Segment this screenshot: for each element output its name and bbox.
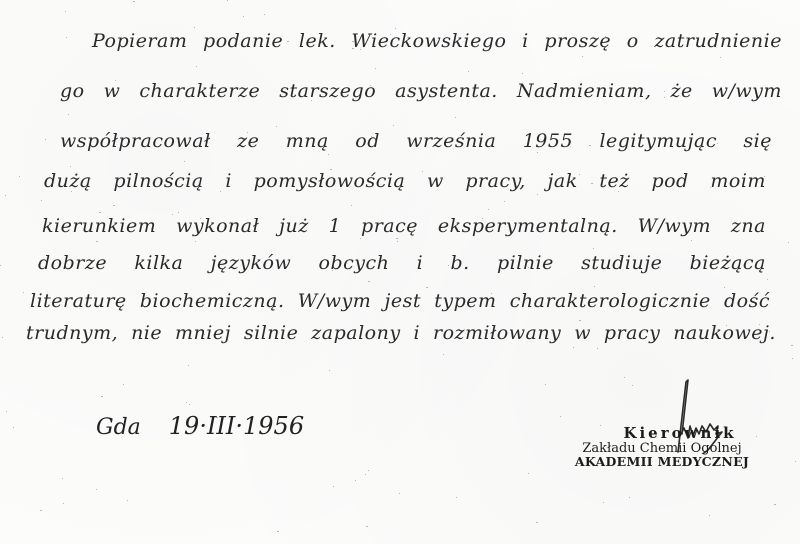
handwritten-word: mną	[286, 130, 329, 152]
handwritten-word: jak	[548, 170, 578, 192]
paper-speck	[456, 497, 457, 498]
paper-speck	[455, 117, 456, 118]
paper-speck	[151, 228, 152, 229]
paper-speck	[397, 241, 398, 242]
paper-speck	[65, 11, 66, 12]
handwritten-word: b.	[451, 252, 470, 274]
date-line: Gda19·III·1956	[96, 412, 304, 440]
handwritten-word: w/wym	[712, 80, 782, 102]
paper-speck	[392, 305, 393, 306]
paper-speck	[196, 66, 197, 67]
paper-speck	[311, 100, 312, 101]
paper-speck	[66, 37, 67, 38]
paper-speck	[87, 260, 88, 261]
handwritten-word: i	[414, 322, 421, 344]
paper-speck	[560, 416, 561, 417]
paper-speck	[186, 402, 187, 403]
paper-speck	[189, 404, 190, 405]
paper-speck	[691, 240, 692, 241]
paper-speck	[328, 154, 329, 155]
paper-speck	[355, 480, 356, 481]
handwritten-line: kierunkiemwykonałjuż1pracęeksperymentaln…	[42, 215, 766, 237]
handwritten-word: eksperymentalną.	[438, 215, 618, 237]
handwritten-word: asystenta.	[395, 80, 498, 102]
scanned-document-page: Popierampodanielek.Wieckowskiegoiproszęo…	[0, 0, 800, 544]
handwritten-word: ze	[237, 130, 259, 152]
handwritten-word: obcych	[319, 252, 390, 274]
paper-speck	[709, 515, 710, 516]
handwritten-word: w	[104, 80, 121, 102]
paper-speck	[618, 191, 619, 192]
paper-speck	[591, 183, 593, 184]
paper-speck	[247, 334, 248, 335]
stamp-title: Kierownik	[608, 426, 752, 442]
handwritten-word: zapalony	[311, 322, 400, 344]
paper-speck	[332, 270, 333, 271]
paper-speck	[5, 195, 6, 196]
handwritten-word: pracę	[361, 215, 418, 237]
paper-speck	[352, 48, 354, 49]
handwritten-word: rozmiłowany	[433, 322, 561, 344]
handwritten-line: współpracowałzemnąodwrześnia1955legitymu…	[60, 130, 772, 152]
paper-speck	[528, 473, 529, 474]
paper-speck	[488, 209, 489, 210]
paper-speck	[101, 396, 103, 397]
paper-speck	[0, 265, 1, 266]
paper-speck	[579, 320, 581, 321]
handwritten-word: typem	[434, 290, 496, 312]
handwritten-word: trudnym,	[26, 322, 118, 344]
paper-speck	[594, 286, 595, 287]
paper-speck	[397, 228, 398, 229]
handwritten-word: języków	[211, 252, 292, 274]
paper-speck	[287, 41, 289, 42]
handwritten-word: bieżącą	[690, 252, 766, 274]
handwritten-word: Nadmieniam,	[517, 80, 652, 102]
paper-speck	[375, 68, 376, 69]
handwritten-word: dużą	[44, 170, 92, 192]
paper-speck	[579, 174, 580, 175]
paper-speck	[277, 531, 279, 532]
paper-speck	[525, 41, 526, 42]
paper-speck	[216, 417, 218, 418]
paper-speck	[96, 241, 98, 242]
paper-speck	[664, 97, 665, 98]
paper-speck	[624, 377, 625, 378]
paper-speck	[371, 136, 372, 137]
handwritten-line: dobrzekilkajęzykówobcychib.pilniestudiuj…	[38, 252, 766, 274]
paper-speck	[115, 80, 116, 81]
paper-speck	[268, 302, 269, 303]
paper-speck	[499, 46, 500, 47]
handwritten-word: W/wym	[638, 215, 711, 237]
paper-speck	[536, 522, 538, 523]
paper-speck	[41, 200, 42, 201]
paper-speck	[70, 166, 71, 167]
handwritten-word: silnie	[244, 322, 298, 344]
handwritten-word: Wieckowskiego	[351, 30, 506, 52]
paper-speck	[759, 324, 760, 325]
handwritten-word: biochemiczną.	[140, 290, 285, 312]
paper-speck	[528, 267, 529, 268]
handwritten-word: też	[599, 170, 629, 192]
paper-speck	[589, 145, 591, 146]
paper-speck	[545, 384, 546, 385]
paper-speck	[629, 497, 630, 498]
paper-speck	[360, 238, 361, 239]
handwritten-word: zatrudnienie	[654, 30, 782, 52]
handwritten-word: moim	[710, 170, 766, 192]
handwritten-word: pilnością	[113, 170, 203, 192]
paper-speck	[23, 292, 24, 293]
handwritten-word: pracy,	[465, 170, 525, 192]
handwritten-word: się	[743, 130, 772, 152]
handwritten-word: mniej	[175, 322, 231, 344]
handwritten-word: naukowej.	[673, 322, 776, 344]
paper-speck	[352, 41, 354, 42]
paper-speck	[399, 493, 400, 494]
paper-speck	[360, 49, 361, 50]
paper-speck	[603, 502, 604, 503]
paper-speck	[724, 287, 725, 288]
paper-speck	[6, 411, 7, 412]
paper-speck	[664, 91, 665, 92]
handwritten-word: kilka	[134, 252, 183, 274]
paper-speck	[717, 143, 718, 144]
paper-speck	[366, 526, 368, 527]
handwritten-word: pracy	[604, 322, 660, 344]
date-value: 19·III·1956	[169, 412, 304, 440]
paper-speck	[68, 88, 69, 89]
paper-speck	[62, 478, 63, 479]
paper-speck	[220, 191, 221, 192]
paper-speck	[393, 125, 394, 126]
paper-speck	[426, 287, 428, 288]
handwritten-word: legitymując	[599, 130, 717, 152]
paper-speck	[632, 385, 633, 386]
handwritten-word: kierunkiem	[42, 215, 156, 237]
paper-speck	[537, 152, 538, 153]
handwritten-word: dobrze	[38, 252, 107, 274]
paper-speck	[368, 470, 369, 471]
paper-speck	[90, 178, 91, 179]
handwritten-word: pilnie	[497, 252, 554, 274]
paper-speck	[2, 337, 3, 338]
paper-speck	[276, 126, 277, 127]
paper-speck	[194, 27, 195, 28]
paper-speck	[769, 331, 770, 332]
paper-speck	[247, 132, 248, 133]
handwritten-word: studiuje	[581, 252, 662, 274]
paper-speck	[522, 73, 523, 74]
handwritten-word: o	[627, 30, 639, 52]
paper-speck	[204, 334, 205, 335]
handwritten-word: Popieram	[92, 30, 187, 52]
paper-speck	[40, 510, 42, 511]
paper-speck	[333, 486, 334, 487]
paper-speck	[19, 176, 20, 177]
handwritten-word: w	[574, 322, 591, 344]
paper-speck	[184, 161, 185, 162]
paper-speck	[71, 191, 72, 192]
handwritten-word: W/wym	[298, 290, 371, 312]
paper-speck	[127, 500, 128, 501]
paper-speck	[422, 171, 423, 172]
handwritten-word: nie	[131, 322, 162, 344]
handwritten-word: września	[406, 130, 496, 152]
paper-speck	[664, 458, 665, 459]
handwritten-word: podanie	[203, 30, 283, 52]
paper-speck	[227, 0, 228, 1]
paper-speck	[573, 347, 574, 348]
paper-speck	[605, 36, 606, 37]
paper-speck	[443, 354, 444, 355]
paper-speck	[491, 293, 492, 294]
paper-speck	[123, 384, 124, 385]
handwritten-word: że	[670, 80, 692, 102]
paper-speck	[113, 205, 115, 206]
handwritten-word: od	[355, 130, 380, 152]
paper-speck	[707, 256, 708, 257]
paper-speck	[370, 85, 371, 86]
handwritten-line: dużąpilnościąipomysłowościąwpracy,jakteż…	[44, 170, 766, 192]
paper-speck	[767, 279, 768, 280]
paper-speck	[330, 169, 332, 170]
paper-speck	[63, 503, 64, 504]
paper-speck	[243, 16, 244, 17]
paper-speck	[726, 325, 727, 326]
paper-speck	[600, 425, 601, 426]
handwritten-word: starszego	[279, 80, 376, 102]
handwritten-line: gowcharakterzestarszegoasystenta.Nadmien…	[60, 80, 782, 102]
paper-speck	[396, 238, 398, 239]
paper-speck	[329, 370, 330, 371]
official-stamp: Kierownik Zakładu Chemii Ogólnej AKADEMI…	[572, 426, 752, 469]
paper-speck	[710, 187, 711, 188]
paper-speck	[720, 57, 721, 58]
handwritten-word: literaturę	[30, 290, 127, 312]
handwritten-line: literaturębiochemiczną.W/wymjesttypemcha…	[30, 290, 770, 312]
handwritten-line: trudnym,niemniejsilniezapalonyirozmiłowa…	[26, 322, 776, 344]
paper-speck	[504, 201, 505, 202]
paper-speck	[791, 345, 793, 346]
paper-speck	[468, 71, 469, 72]
paper-speck	[365, 474, 366, 475]
date-place: Gda	[96, 415, 141, 440]
handwritten-word: 1955	[523, 130, 573, 152]
paper-speck	[188, 365, 189, 366]
handwritten-word: jest	[384, 290, 421, 312]
paper-speck	[448, 265, 449, 266]
handwritten-word: lek.	[299, 30, 336, 52]
handwritten-word: wykonał	[176, 215, 259, 237]
handwritten-word: zna	[731, 215, 766, 237]
paper-speck	[395, 28, 396, 29]
paper-speck	[351, 205, 352, 206]
handwritten-word: charakterologicznie	[510, 290, 711, 312]
paper-speck	[200, 218, 201, 219]
paper-speck	[774, 504, 776, 505]
handwritten-word: współpracował	[60, 130, 211, 152]
paper-speck	[172, 214, 173, 215]
stamp-department: Zakładu Chemii Ogólnej	[572, 442, 752, 456]
paper-speck	[537, 194, 538, 195]
paper-speck	[437, 179, 438, 180]
handwritten-word: proszę	[544, 30, 611, 52]
paper-speck	[764, 176, 765, 177]
handwritten-word: pomysłowością	[254, 170, 406, 192]
handwritten-word: już	[279, 215, 309, 237]
paper-speck	[390, 34, 391, 35]
stamp-institution: AKADEMII MEDYCZNEJ	[572, 455, 752, 468]
paper-speck	[792, 358, 793, 359]
paper-speck	[45, 139, 46, 140]
paper-speck	[96, 489, 97, 490]
paper-speck	[68, 114, 69, 115]
paper-speck	[482, 218, 483, 219]
paper-speck	[195, 241, 196, 242]
handwritten-word: dość	[724, 290, 770, 312]
paper-speck	[597, 348, 598, 349]
paper-speck	[264, 14, 265, 15]
paper-speck	[593, 248, 594, 249]
handwritten-word: i	[417, 252, 424, 274]
handwritten-line: Popierampodanielek.Wieckowskiegoiproszęo…	[92, 30, 782, 52]
handwritten-word: 1	[329, 215, 342, 237]
handwritten-word: w	[427, 170, 444, 192]
handwritten-word: pod	[651, 170, 688, 192]
paper-speck	[582, 56, 583, 57]
paper-speck	[795, 461, 796, 462]
handwritten-word: charakterze	[139, 80, 260, 102]
paper-speck	[788, 242, 789, 243]
paper-speck	[756, 436, 757, 437]
paper-speck	[368, 281, 370, 282]
paper-speck	[109, 89, 110, 90]
paper-speck	[178, 212, 179, 213]
handwritten-word: i	[225, 170, 232, 192]
paper-speck	[541, 91, 542, 92]
paper-speck	[133, 1, 135, 2]
paper-speck	[13, 427, 14, 428]
paper-speck	[99, 212, 101, 213]
handwritten-word: go	[60, 80, 85, 102]
